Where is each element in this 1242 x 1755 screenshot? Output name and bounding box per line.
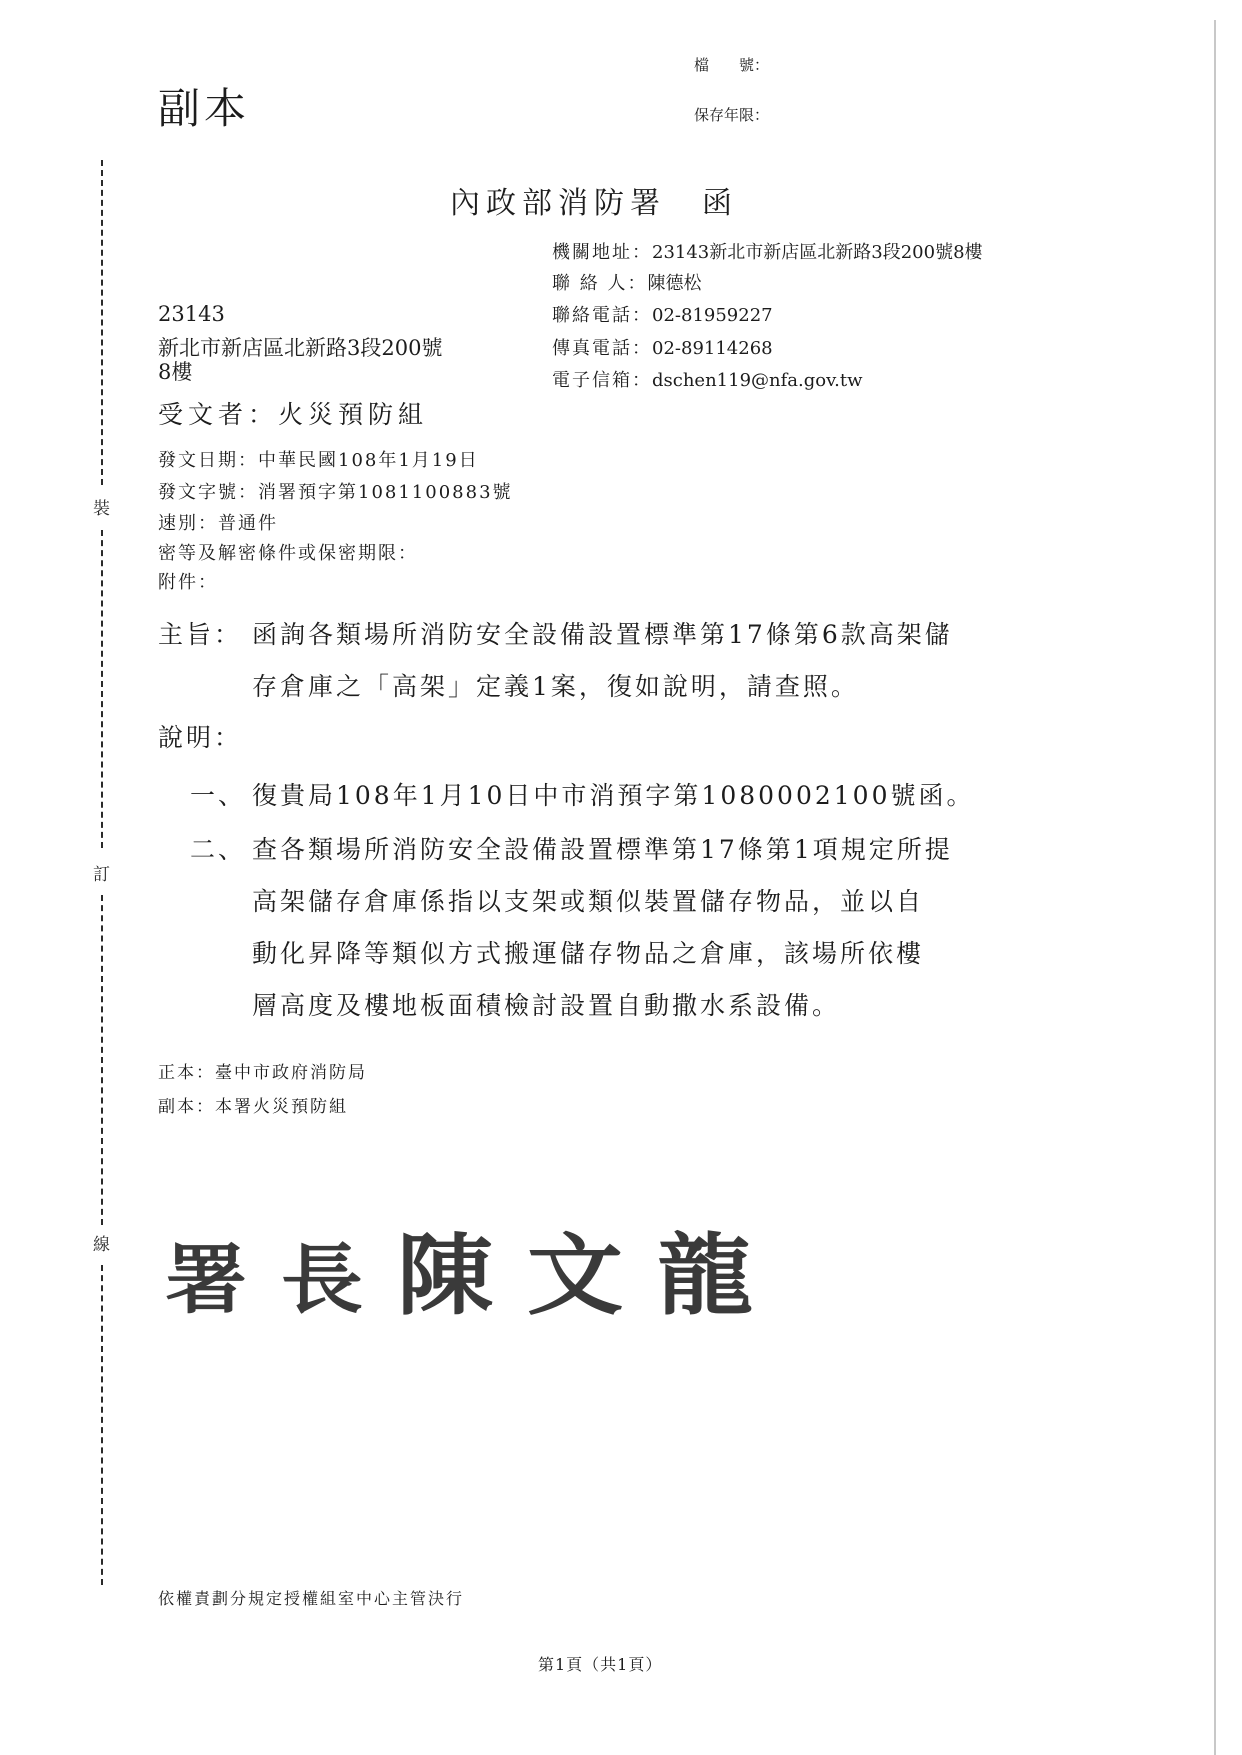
classification: 密等及解密條件或保密期限： [158,539,418,565]
explanation-item-1-line-1: 復貴局108年1月10日中市消預字第1080002100號函。 [252,776,975,812]
contact-email: 電子信箱：dschen119@nfa.gov.tw [552,366,863,392]
contact-person-label: 聯 絡 人： [552,273,647,294]
recipient: 受文者：火災預防組 [158,395,428,431]
subject-line-2: 存倉庫之「高架」定義1案，復如說明，請查照。 [252,667,859,703]
explanation-item-2-line-4: 層高度及樓地板面積檢討設置自動撒水系設備。 [252,986,840,1022]
copy-mark: 副本 [158,76,250,136]
binding-line-top [101,160,103,485]
subject-line-1: 函詢各類場所消防安全設備設置標準第17條第6款高架儲 [252,615,953,651]
scan-edge-line [1214,20,1216,1755]
page-number: 第1頁（共1頁） [538,1652,662,1675]
contact-person: 聯 絡 人：陳德松 [552,269,701,295]
distribution-copy: 副本：本署火災預防組 [158,1092,348,1117]
contact-person-value: 陳德松 [647,273,701,294]
authorization-note: 依權責劃分規定授權組室中心主管決行 [158,1586,464,1609]
contact-phone-label: 聯絡電話： [552,305,652,326]
signature-name: 陳文龍 [397,1223,787,1327]
document-title: 內政部消防署 函 [450,178,738,222]
contact-fax: 傳真電話：02-89114268 [552,334,773,360]
binding-line-mid2 [101,895,103,1225]
sender-address-label: 機關地址： [552,242,652,263]
binding-line-mid1 [101,530,103,848]
distribution-original: 正本：臺中市政府消防局 [158,1058,367,1083]
contact-fax-label: 傳真電話： [552,338,652,359]
priority: 速別：普通件 [158,509,278,535]
recipient-postal-code: 23143 [158,302,225,326]
explanation-item-2-line-3: 動化昇降等類似方式搬運儲存物品之倉庫，該場所依樓 [252,934,924,970]
issue-date: 發文日期：中華民國108年1月19日 [158,446,479,472]
sender-address-value: 23143新北市新店區北新路3段200號8樓 [652,242,983,263]
explanation-item-2-line-2: 高架儲存倉庫係指以支架或類似裝置儲存物品，並以自 [252,882,924,918]
recipient-address-line1: 新北市新店區北新路3段200號 [158,332,442,362]
doc-number: 發文字號：消署預字第1081100883號 [158,478,513,504]
explanation-item-1-num: 一、 [190,776,246,812]
signature: 署長陳文龍 [165,1205,787,1331]
binding-mark-xian: 線 [93,1230,110,1255]
explanation-item-2-line-1: 查各類場所消防安全設備設置標準第17條第1項規定所提 [252,830,953,866]
binding-mark-zhuang: 裝 [93,494,110,519]
contact-phone: 聯絡電話：02-81959227 [552,301,773,327]
signature-title: 署長 [165,1236,397,1324]
contact-phone-value: 02-81959227 [652,305,773,326]
sender-address: 機關地址：23143新北市新店區北新路3段200號8樓 [552,238,983,264]
subject-label: 主旨： [158,615,242,651]
attachments: 附件： [158,568,218,594]
binding-mark-ding: 訂 [93,860,110,885]
explanation-item-2-num: 二、 [190,830,246,866]
recipient-address-line2: 8樓 [158,356,192,386]
contact-email-label: 電子信箱： [552,370,652,391]
binding-line-bottom [101,1265,103,1585]
contact-email-value: dschen119@nfa.gov.tw [652,370,863,391]
retention-label: 保存年限： [694,104,769,125]
explanation-label: 說明： [158,718,242,754]
contact-fax-value: 02-89114268 [652,338,773,359]
file-number-label: 檔 號： [694,54,769,75]
